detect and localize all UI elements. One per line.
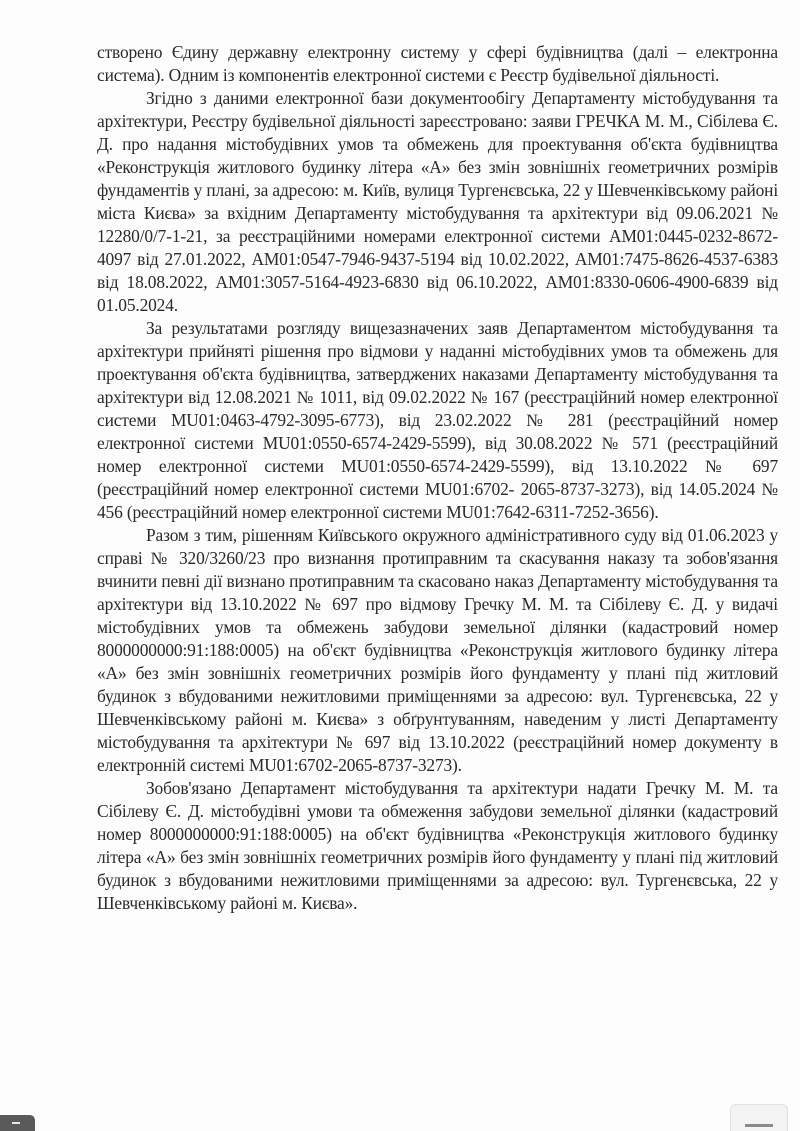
paragraph-2: Згідно з даними електронної бази докумен… (97, 87, 778, 317)
paragraph-3: За результатами розгляду вищезазначених … (97, 317, 778, 524)
back-button[interactable] (0, 1115, 35, 1131)
paragraph-4: Разом з тим, рішенням Київського окружно… (97, 524, 778, 777)
menu-button[interactable] (730, 1104, 788, 1131)
document-text: створено Єдину державну електронну систе… (97, 41, 778, 915)
paragraph-5: Зобов'язано Департамент містобудування т… (97, 777, 778, 915)
back-icon (12, 1122, 20, 1124)
menu-icon (745, 1124, 773, 1127)
paragraph-1: створено Єдину державну електронну систе… (97, 41, 778, 87)
document-page: створено Єдину державну електронну систе… (0, 0, 800, 1131)
